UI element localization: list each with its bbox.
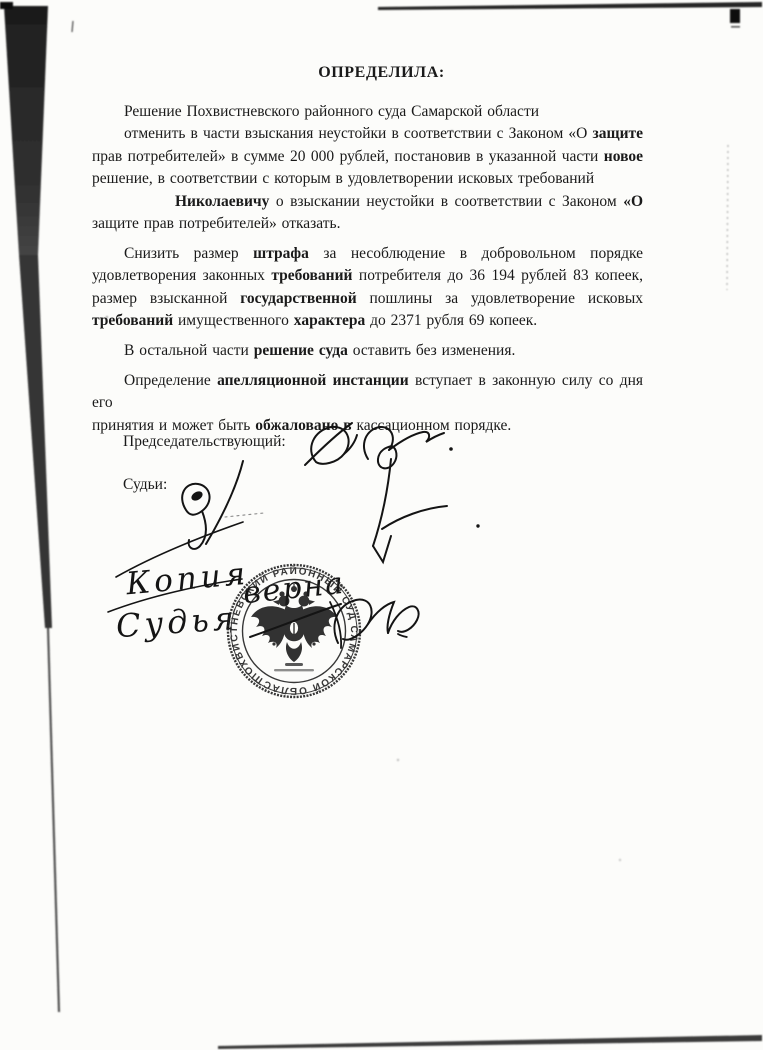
text-segment: размер взысканной <box>92 290 240 307</box>
bold-text-segment: Николаевичу <box>175 193 269 210</box>
bold-text-segment: требований <box>271 267 352 284</box>
document-body: Решение Похвистневского районного суда С… <box>92 101 643 437</box>
handwritten-judge-word: Судья <box>115 599 239 645</box>
bold-text-segment: «О <box>623 193 643 210</box>
bold-text-segment: штрафа <box>253 245 309 262</box>
judge-signature-right <box>373 446 480 562</box>
left-edge-shadow-taper <box>19 255 52 628</box>
corner-mark <box>0 2 13 9</box>
signature-dot <box>449 447 453 451</box>
top-edge-line <box>378 2 762 10</box>
top-right-square-mark <box>730 9 740 23</box>
text-segment: отменить в части взыскания неустойки в с… <box>124 125 593 142</box>
text-segment: Определение <box>124 372 217 389</box>
bold-text-segment: характера <box>294 312 365 329</box>
text-line: прав потребителей» в сумме 20 000 рублей… <box>92 146 643 168</box>
bold-text-segment: государственной <box>240 290 356 307</box>
text-segment: удовлетворения законных <box>92 267 271 284</box>
speck <box>397 759 399 761</box>
vertical-scan-streak <box>727 145 728 290</box>
signature-dot <box>476 524 479 527</box>
left-edge-line <box>48 628 59 1012</box>
bold-text-segment: апелляционной инстанции <box>217 372 409 389</box>
bold-text-segment: обжаловано в <box>255 417 351 434</box>
text-segment: решение, в соответствии с которым в удов… <box>92 170 594 187</box>
text-segment: Решение Похвистневского районного суда С… <box>124 103 539 120</box>
text-line: отменить в части взыскания неустойки в с… <box>92 123 643 145</box>
text-segment: В остальной части <box>124 342 254 359</box>
text-line: Определение апелляционной инстанции всту… <box>92 370 643 415</box>
handwritten-copy-word: Копия <box>125 556 251 603</box>
text-segment: защите прав потребителей» отказать. <box>92 215 341 232</box>
text-segment: потребителя до 36 194 рублей 83 копеек, <box>352 267 643 284</box>
text-line: Решение Похвистневского районного суда С… <box>92 101 643 123</box>
text-segment: пошлины за удовлетворение исковых <box>357 290 643 307</box>
text-line: защите прав потребителей» отказать. <box>92 213 643 235</box>
paragraph: Снизить размер штрафа за несоблюдение в … <box>92 243 643 333</box>
scanned-court-document: ОПРЕДЕЛИЛА: Решение Похвистневского райо… <box>0 0 763 1050</box>
presiding-judge-label: Председательствующий: <box>123 433 286 451</box>
text-line: В остальной части решение суда оставить … <box>92 340 643 362</box>
verna-tail-stroke <box>330 602 341 648</box>
paragraph: Решение Похвистневского районного суда С… <box>92 101 643 235</box>
text-segment: Снизить размер <box>124 245 253 262</box>
pen-tick-mark <box>72 21 73 32</box>
speck <box>619 859 621 861</box>
bold-text-segment: новое <box>604 148 643 165</box>
text-segment: прав потребителей» в сумме 20 000 рублей… <box>92 148 604 165</box>
text-line: Николаевичу о взыскании неустойки в соот… <box>92 191 643 213</box>
text-line: удовлетворения законных требований потре… <box>92 265 643 287</box>
bold-text-segment: защите <box>593 125 644 142</box>
bold-text-segment: решение суда <box>254 342 348 359</box>
faint-pen-trail <box>225 513 264 517</box>
text-line: Снизить размер штрафа за несоблюдение в … <box>92 243 643 265</box>
left-edge-shadow <box>4 6 48 255</box>
text-line: размер взысканной государственной пошлин… <box>92 288 643 310</box>
ruling-heading: ОПРЕДЕЛИЛА: <box>0 64 763 82</box>
judges-label: Судьи: <box>123 476 167 494</box>
text-line: требований имущественного характера до 2… <box>92 310 643 332</box>
text-line: решение, в соответствии с которым в удов… <box>92 168 643 190</box>
text-segment: принятия и может быть <box>92 417 255 434</box>
bold-text-segment: требований <box>92 312 173 329</box>
text-segment: имущественного <box>173 312 294 329</box>
text-segment: оставить без изменения. <box>348 342 515 359</box>
handwritten-verified-word: верна <box>241 566 346 611</box>
text-segment: о взыскании неустойки в соответствии с З… <box>269 193 623 210</box>
bottom-edge-line <box>218 1035 762 1049</box>
text-segment: кассационном порядке. <box>352 417 512 434</box>
top-right-small-dash <box>731 26 740 28</box>
text-segment: за несоблюдение в добровольном порядке <box>309 245 643 262</box>
text-segment: до 2371 рубля 69 копеек. <box>365 312 537 329</box>
paragraph: В остальной части решение суда оставить … <box>92 340 643 362</box>
paragraph: Определение апелляционной инстанции всту… <box>92 370 643 437</box>
